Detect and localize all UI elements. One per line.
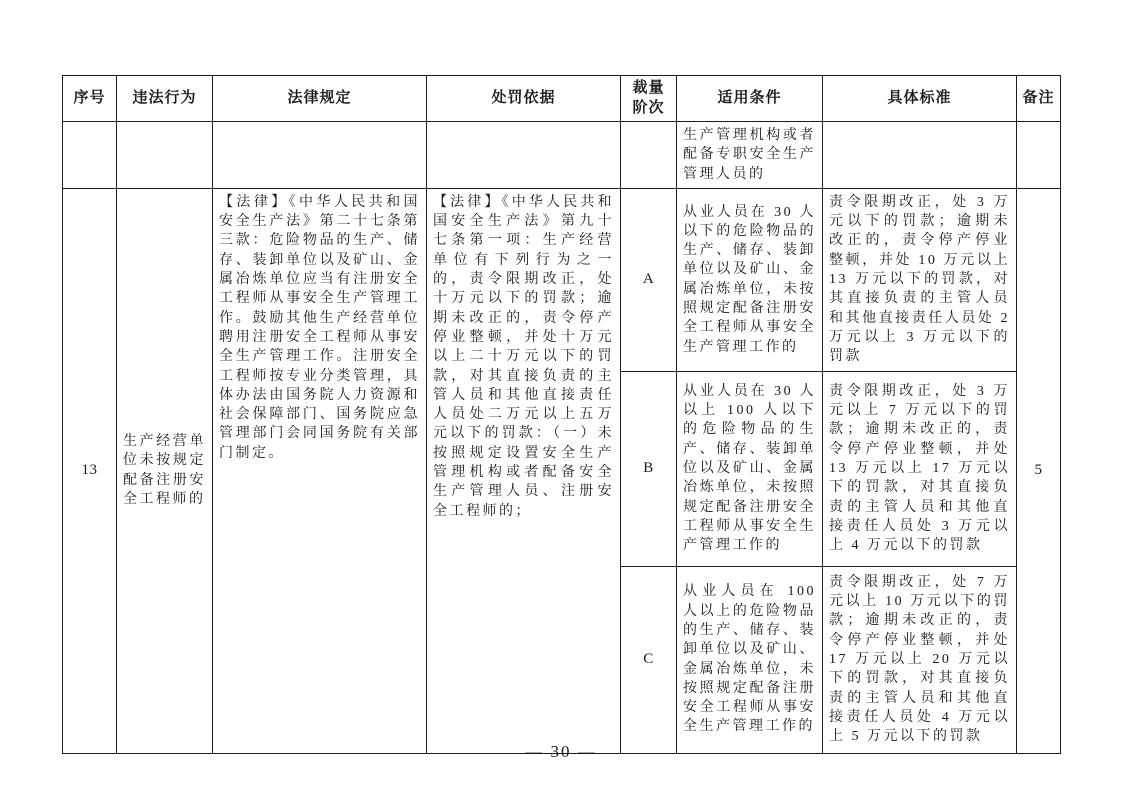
cell-violation: 生产经营单位未按规定配备注册安全工程师的 [117, 188, 213, 753]
row13-subrow-a: 13 生产经营单位未按规定配备注册安全工程师的 【法律】《中华人民共和国安全生产… [63, 188, 1061, 371]
header-violation: 违法行为 [117, 76, 213, 122]
header-applicable-conditions: 适用条件 [677, 76, 823, 122]
empty-cell [63, 122, 117, 189]
regulation-table: 序号 违法行为 法律规定 处罚依据 裁量 阶次 适用条件 具体标准 备注 生产管… [62, 75, 1061, 754]
cell-specific-standard-a: 责令限期改正，处 3 万元以下的罚款；逾期未改正的，责令停产停业整顿，并处 10… [823, 188, 1017, 371]
cell-legal-provision: 【法律】《中华人民共和国安全生产法》第二十七条第三款：危险物品的生产、储存、装卸… [213, 188, 427, 753]
cell-discretion-level-c: C [621, 566, 677, 753]
cell-serial-number: 13 [63, 188, 117, 753]
header-legal-provision: 法律规定 [213, 76, 427, 122]
header-remark: 备注 [1017, 76, 1061, 122]
cell-penalty-basis: 【法律】《中华人民共和国安全生产法》第九十七条第一项：生产经营单位有下列行为之一… [427, 188, 621, 753]
empty-cell [1017, 122, 1061, 189]
header-discretion-level: 裁量 阶次 [621, 76, 677, 122]
cell-applicable-conditions-c: 从业人员在 100 人以上的危险物品的生产、储存、装卸单位以及矿山、金属冶炼单位… [677, 566, 823, 753]
empty-cell [213, 122, 427, 189]
table-header-row: 序号 违法行为 法律规定 处罚依据 裁量 阶次 适用条件 具体标准 备注 [63, 76, 1061, 122]
cell-discretion-level-a: A [621, 188, 677, 371]
carryover-row: 生产管理机构或者配备专职安全生产管理人员的 [63, 122, 1061, 189]
header-specific-standard: 具体标准 [823, 76, 1017, 122]
cell-specific-standard-b: 责令限期改正，处 3 万元以上 7 万元以下的罚款；逾期未改正的，责令停产停业整… [823, 371, 1017, 566]
cell-specific-standard-c: 责令限期改正，处 7 万元以上 10 万元以下的罚款；逾期未改正的，责令停产停业… [823, 566, 1017, 753]
carryover-applicable-conditions: 生产管理机构或者配备专职安全生产管理人员的 [677, 122, 823, 189]
header-penalty-basis: 处罚依据 [427, 76, 621, 122]
empty-cell [621, 122, 677, 189]
empty-cell [823, 122, 1017, 189]
cell-applicable-conditions-a: 从业人员在 30 人以下的危险物品的生产、储存、装卸单位以及矿山、金属冶炼单位，… [677, 188, 823, 371]
empty-cell [427, 122, 621, 189]
document-page: 序号 违法行为 法律规定 处罚依据 裁量 阶次 适用条件 具体标准 备注 生产管… [0, 0, 1122, 793]
empty-cell [117, 122, 213, 189]
cell-discretion-level-b: B [621, 371, 677, 566]
header-serial-number: 序号 [63, 76, 117, 122]
cell-applicable-conditions-b: 从业人员在 30 人以上 100 人以下的危险物品的生产、储存、装卸单位以及矿山… [677, 371, 823, 566]
page-number: — 30 — [0, 742, 1122, 762]
cell-remark: 5 [1017, 188, 1061, 753]
